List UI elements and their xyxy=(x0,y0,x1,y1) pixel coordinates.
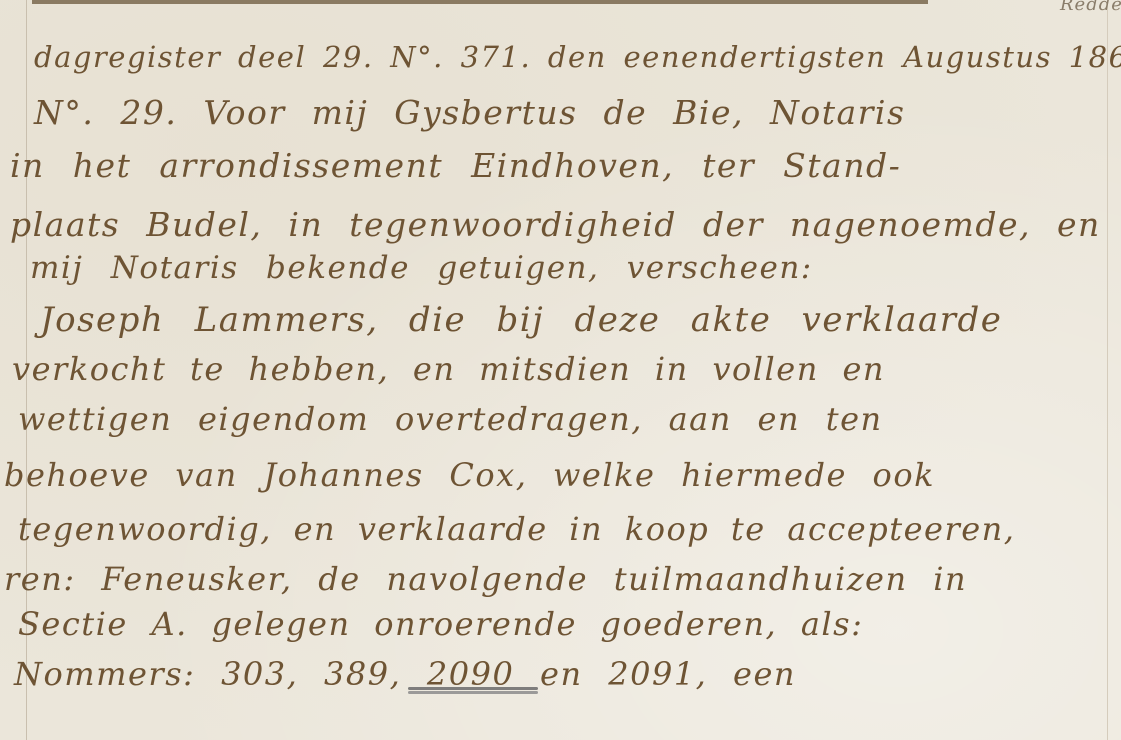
top-rule-line xyxy=(32,0,928,4)
text-line-6: Joseph Lammers, die bij deze akte verkla… xyxy=(40,300,1002,340)
text-line-9: behoeve van Johannes Cox, welke hiermede… xyxy=(4,456,935,494)
text-line-5: mij Notaris bekende getuigen, verscheen: xyxy=(30,250,813,286)
pencil-underline-mark xyxy=(408,687,538,690)
text-line-2: N°. 29. Voor mij Gysbertus de Bie, Notar… xyxy=(34,93,905,132)
corner-note: Redde xyxy=(1060,0,1121,15)
text-line-3: in het arrondissement Eindhoven, ter Sta… xyxy=(10,146,901,185)
text-line-11: ren: Feneusker, de navolgende tuilmaandh… xyxy=(4,560,967,598)
text-line-7: verkocht te hebben, en mitsdien in volle… xyxy=(12,350,885,388)
text-line-10: tegenwoordig, en verklaarde in koop te a… xyxy=(18,510,1015,548)
text-line-1: dagregister deel 29. N°. 371. den eenend… xyxy=(34,40,1121,74)
text-line-13: Nommers: 303, 389, 2090 en 2091, een xyxy=(14,655,796,693)
text-line-8: wettigen eigendom overtedragen, aan en t… xyxy=(18,400,883,438)
text-line-4: plaats Budel, in tegenwoordigheid der na… xyxy=(10,205,1121,244)
right-page-edge xyxy=(1107,0,1108,740)
register-page: Redde dagregister deel 29. N°. 371. den … xyxy=(0,0,1121,740)
text-line-12: Sectie A. gelegen onroerende goederen, a… xyxy=(18,605,863,643)
